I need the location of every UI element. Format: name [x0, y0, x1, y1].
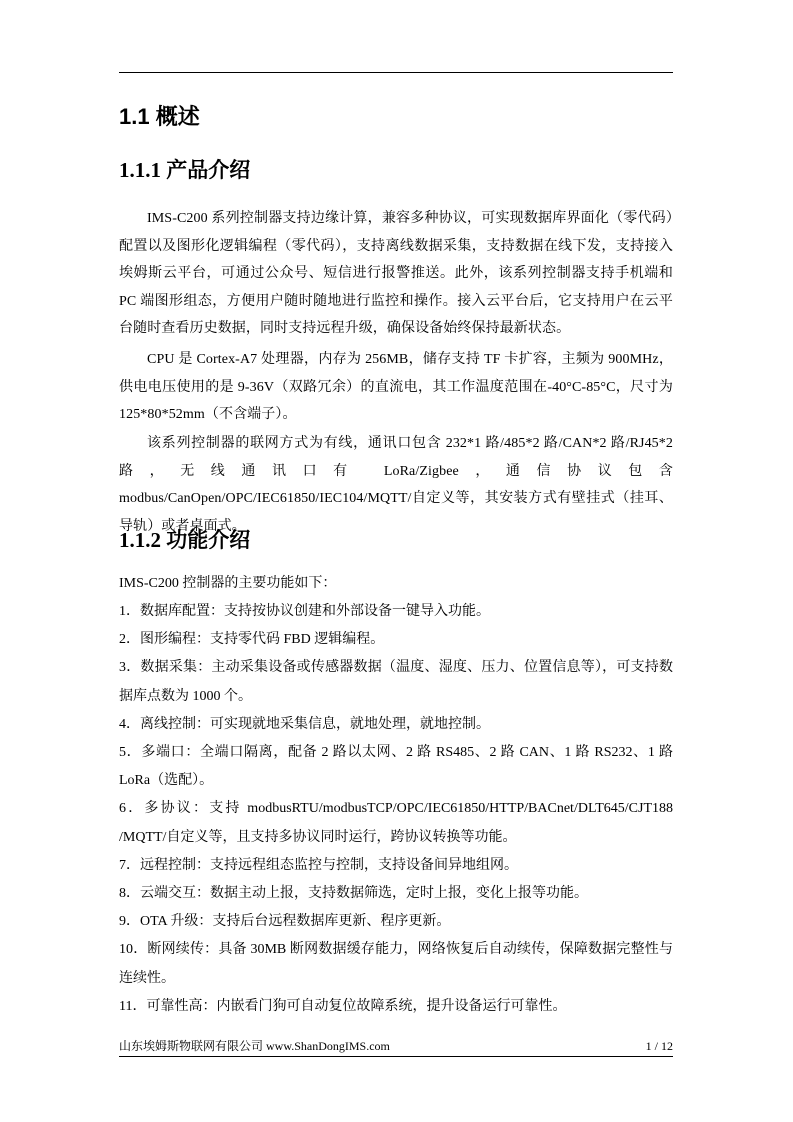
list-item: 8．云端交互：数据主动上报，支持数据筛选，定时上报，变化上报等功能。 — [119, 880, 673, 908]
subsection-title-product: 1.1.1 产品介绍 — [119, 157, 250, 183]
footer-rule — [119, 1056, 673, 1057]
list-item: 3．数据采集：主动采集设备或传感器数据（温度、湿度、压力、位置信息等），可支持数… — [119, 654, 673, 710]
feature-list: 1．数据库配置：支持按协议创建和外部设备一键导入功能。 2．图形编程：支持零代码… — [119, 598, 673, 1021]
list-item: 11．可靠性高：内嵌看门狗可自动复位故障系统，提升设备运行可靠性。 — [119, 993, 673, 1021]
list-item: 9．OTA 升级：支持后台远程数据库更新、程序更新。 — [119, 908, 673, 936]
list-item: 7．远程控制：支持远程组态监控与控制，支持设备间异地组网。 — [119, 852, 673, 880]
paragraph-network: 该系列控制器的联网方式为有线，通讯口包含 232*1 路/485*2 路/CAN… — [119, 430, 673, 540]
list-item: 4．离线控制：可实现就地采集信息，就地处理，就地控制。 — [119, 711, 673, 739]
list-item: 5．多端口：全端口隔离，配备 2 路以太网、2 路 RS485、2 路 CAN、… — [119, 739, 673, 795]
footer-company: 山东埃姆斯物联网有限公司 www.ShanDongIMS.com — [119, 1038, 390, 1054]
features-intro: IMS-C200 控制器的主要功能如下： — [119, 573, 336, 595]
list-item: 6．多协议：支持 modbusRTU/modbusTCP/OPC/IEC6185… — [119, 795, 673, 851]
page-number: 1 / 12 — [646, 1038, 673, 1054]
list-item: 10．断网续传：具备 30MB 断网数据缓存能力，网络恢复后自动续传，保障数据完… — [119, 936, 673, 992]
subsection-title-features: 1.1.2 功能介绍 — [119, 527, 250, 553]
paragraph-hardware: CPU 是 Cortex-A7 处理器，内存为 256MB，储存支持 TF 卡扩… — [119, 346, 673, 429]
header-rule — [119, 72, 673, 73]
paragraph-overview: IMS-C200 系列控制器支持边缘计算，兼容多种协议，可实现数据库界面化（零代… — [119, 205, 673, 343]
list-item: 1．数据库配置：支持按协议创建和外部设备一键导入功能。 — [119, 598, 673, 626]
list-item: 2．图形编程：支持零代码 FBD 逻辑编程。 — [119, 626, 673, 654]
section-title: 1.1 概述 — [119, 104, 200, 130]
